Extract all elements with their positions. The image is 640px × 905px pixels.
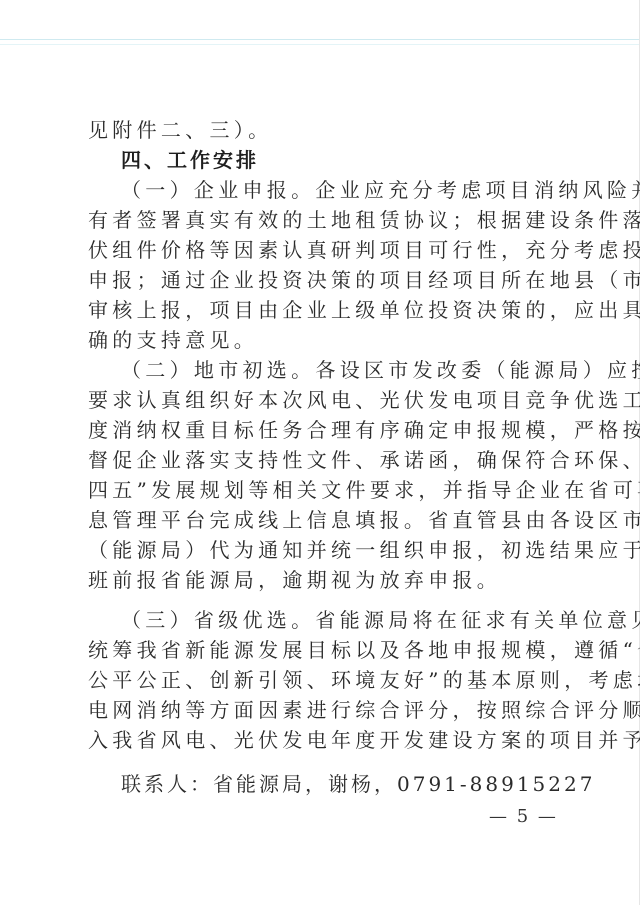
- paragraph-line: （二）地市初选。各设区市发改委（能源局）应按照本通知: [121, 358, 640, 382]
- paragraph-line: 伏组件价格等因素认真研判项目可行性，充分考虑投资风险择优: [88, 238, 640, 262]
- page-number: — 5 —: [489, 806, 558, 827]
- scan-artifact-line: [0, 39, 640, 40]
- paragraph-line: 四五”发展规划等相关文件要求，并指导企业在省可再生能源信: [88, 478, 640, 502]
- paragraph-line: 有者签署真实有效的土地租赁协议；根据建设条件落实情况和光: [88, 208, 640, 232]
- paragraph-line: 要求认真组织好本次风电、光伏发电项目竞争优选工作，按照年: [88, 388, 640, 412]
- paragraph-line: 申报；通过企业投资决策的项目经项目所在地县（市、区）逐级: [88, 268, 640, 292]
- paragraph-line: 统筹我省新能源发展目标以及各地申报规模，遵循“合法合规、: [88, 638, 640, 662]
- scan-artifact-line: [0, 44, 640, 45]
- paragraph-line: 息管理平台完成线上信息填报。省直管县由各设区市发展改革委: [88, 508, 640, 532]
- paragraph-line: （一）企业申报。企业应充分考虑项目消纳风险并同土地所: [121, 178, 640, 202]
- paragraph-line: 班前报省能源局，逾期视为放弃申报。: [88, 568, 501, 592]
- paragraph-line: 电网消纳等方面因素进行综合评分，按照综合评分顺序确定拟列: [88, 698, 640, 722]
- section-heading: 四、工作安排: [121, 148, 259, 172]
- paragraph-line: 确的支持意见。: [88, 328, 258, 352]
- paragraph-line: 审核上报，项目由企业上级单位投资决策的，应出具上级单位明: [88, 298, 640, 322]
- paragraph-line: （三）省级优选。省能源局将在征求有关单位意见的基础上，: [121, 608, 640, 632]
- paragraph-line: 度消纳权重目标任务合理有序确定申报规模，严格按照政策要求: [88, 418, 640, 442]
- paragraph-line: 公平公正、创新引领、环境友好”的基本原则，考虑场址落实、: [88, 668, 640, 692]
- paragraph-line: 见附件二、三）。: [88, 118, 272, 142]
- paragraph-line: 督促企业落实支持性文件、承诺函，确保符合环保、新能源“十: [88, 448, 640, 472]
- paragraph-line: 入我省风电、光伏发电年度开发建设方案的项目并予公布。: [88, 728, 640, 752]
- contact-line: 联系人：省能源局，谢杨，0791-88915227: [121, 772, 595, 796]
- paragraph-line: （能源局）代为通知并统一组织申报，初选结果应于 9 月 28 日下: [88, 538, 640, 562]
